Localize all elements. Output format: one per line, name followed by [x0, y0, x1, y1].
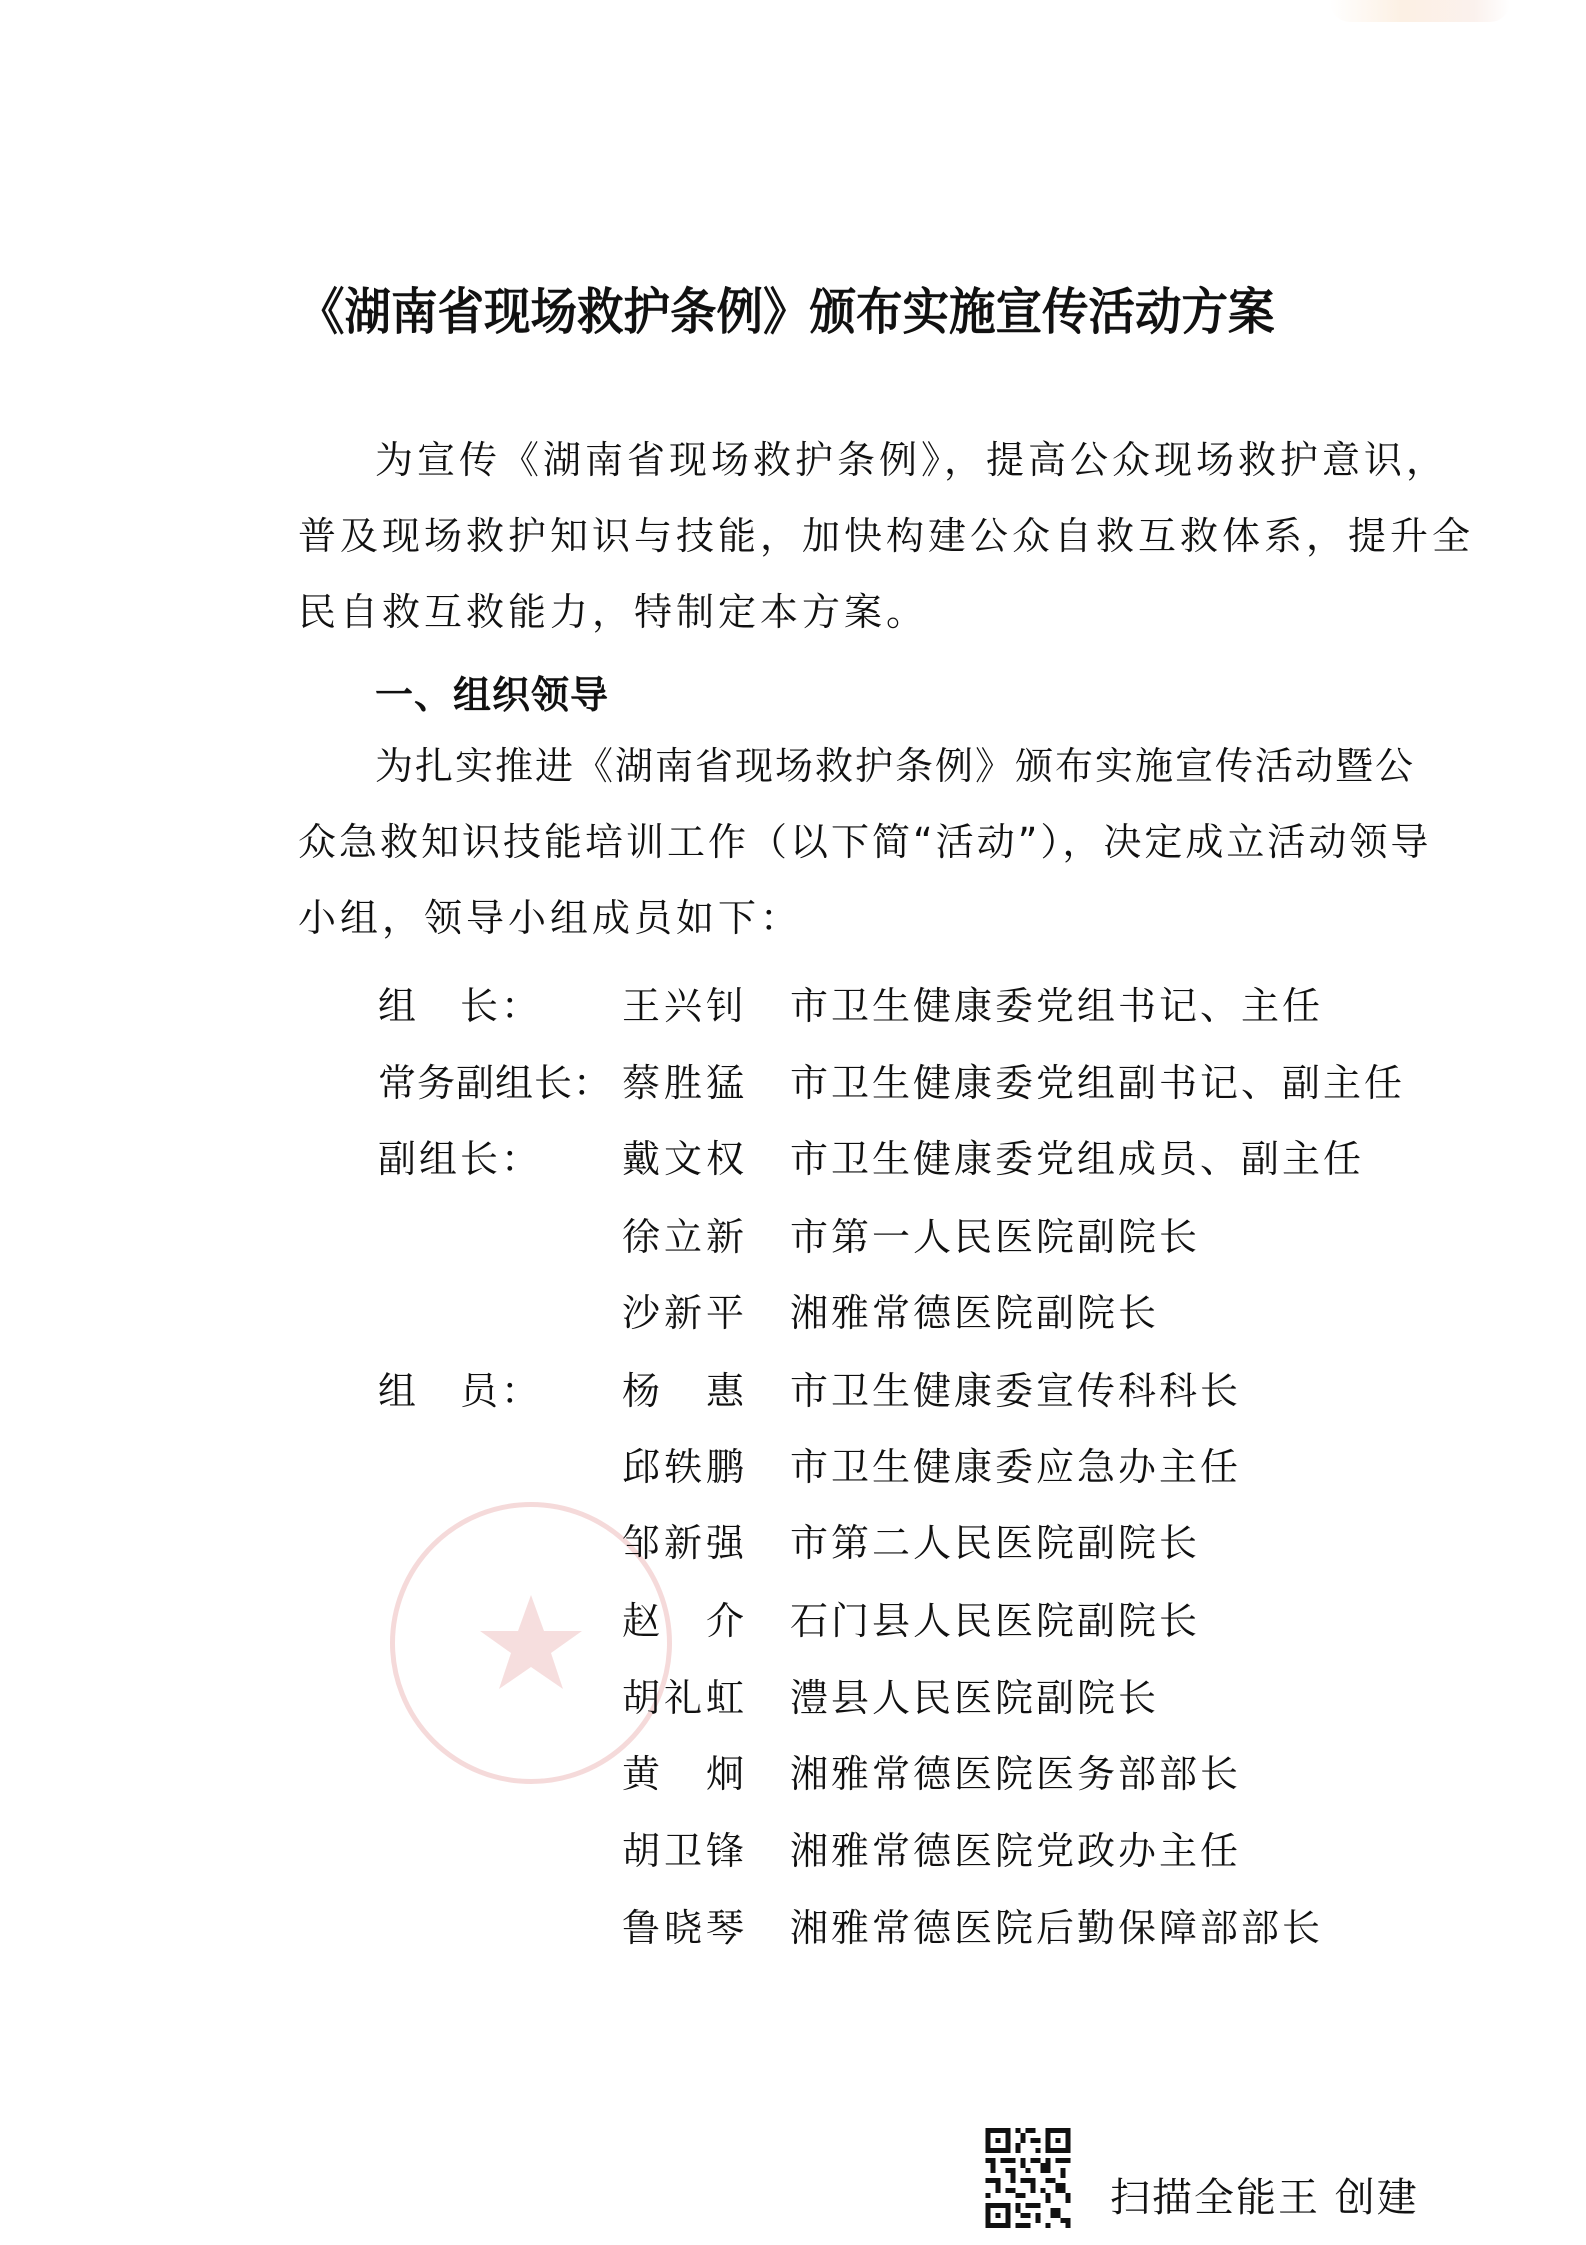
member-name: 沙新平	[622, 1289, 748, 1337]
member-name: 鲁晓琴	[622, 1904, 748, 1952]
member-name: 戴文权	[622, 1135, 748, 1183]
member-position: 市卫生健康委党组书记、主任	[790, 982, 1323, 1030]
roster-row: 副组长： 戴文权 市卫生健康委党组成员、副主任	[0, 1135, 1586, 1183]
section-heading: 一、组织领导	[375, 664, 609, 719]
member-position: 湘雅常德医院副院长	[790, 1289, 1159, 1337]
member-position: 市卫生健康委党组副书记、副主任	[790, 1059, 1405, 1107]
section-line-3: 小组，领导小组成员如下：	[298, 894, 802, 942]
member-position: 市卫生健康委应急办主任	[790, 1443, 1241, 1491]
roster-row: 组 长： 王兴钊 市卫生健康委党组书记、主任	[0, 982, 1586, 1030]
qr-code-icon[interactable]	[985, 2128, 1071, 2228]
member-position: 市卫生健康委宣传科科长	[790, 1367, 1241, 1415]
intro-line-2: 普及现场救护知识与技能，加快构建公众自救互救体系，提升全	[298, 512, 1474, 560]
roster-row: 沙新平 湘雅常德医院副院长	[0, 1289, 1586, 1337]
roster-row: 徐立新 市第一人民医院副院长	[0, 1213, 1586, 1261]
member-name: 杨 惠	[622, 1367, 748, 1415]
intro-line-3: 民自救互救能力，特制定本方案。	[298, 588, 928, 636]
scanner-watermark-text: 扫描全能王 创建	[1110, 2166, 1419, 2223]
roster-row: 赵 介 石门县人民医院副院长	[0, 1597, 1586, 1645]
roster-row: 组 员： 杨 惠 市卫生健康委宣传科科长	[0, 1367, 1586, 1415]
roster-row: 胡卫锋 湘雅常德医院党政办主任	[0, 1827, 1586, 1875]
member-position: 湘雅常德医院后勤保障部部长	[790, 1904, 1323, 1952]
member-position: 湘雅常德医院医务部部长	[790, 1750, 1241, 1798]
role-label: 组 长：	[378, 982, 542, 1030]
document-title: 《湖南省现场救护条例》颁布实施宣传活动方案	[298, 272, 1349, 344]
roster-row: 常务副组长： 蔡胜猛 市卫生健康委党组副书记、副主任	[0, 1059, 1586, 1107]
member-name: 王兴钊	[622, 982, 748, 1030]
roster-row: 邹新强 市第二人民医院副院长	[0, 1519, 1586, 1567]
scan-artifact	[1330, 0, 1510, 22]
member-name: 赵 介	[622, 1597, 748, 1645]
role-label: 组 员：	[378, 1367, 542, 1415]
scanned-document-page: 《湖南省现场救护条例》颁布实施宣传活动方案 为宣传《湖南省现场救护条例》，提高公…	[0, 0, 1586, 2245]
member-position: 市第二人民医院副院长	[790, 1519, 1200, 1567]
member-position: 石门县人民医院副院长	[790, 1597, 1200, 1645]
member-name: 邹新强	[622, 1519, 748, 1567]
role-label: 副组长：	[378, 1135, 542, 1183]
member-name: 蔡胜猛	[622, 1059, 748, 1107]
member-position: 市第一人民医院副院长	[790, 1213, 1200, 1261]
section-line-1: 为扎实推进《湖南省现场救护条例》颁布实施宣传活动暨公	[375, 742, 1415, 790]
member-name: 邱轶鹏	[622, 1443, 748, 1491]
member-position: 市卫生健康委党组成员、副主任	[790, 1135, 1364, 1183]
intro-line-1: 为宣传《湖南省现场救护条例》，提高公众现场救护意识，	[375, 436, 1448, 484]
roster-row: 邱轶鹏 市卫生健康委应急办主任	[0, 1443, 1586, 1491]
member-position: 澧县人民医院副院长	[790, 1674, 1159, 1722]
member-name: 徐立新	[622, 1213, 748, 1261]
roster-row: 鲁晓琴 湘雅常德医院后勤保障部部长	[0, 1904, 1586, 1952]
role-label: 常务副组长：	[378, 1059, 612, 1107]
member-position: 湘雅常德医院党政办主任	[790, 1827, 1241, 1875]
member-name: 胡卫锋	[622, 1827, 748, 1875]
member-name: 黄 炯	[622, 1750, 748, 1798]
roster-row: 黄 炯 湘雅常德医院医务部部长	[0, 1750, 1586, 1798]
roster-row: 胡礼虹 澧县人民医院副院长	[0, 1674, 1586, 1722]
section-line-2: 众急救知识技能培训工作（以下简“活动”），决定成立活动领导	[298, 818, 1431, 866]
member-name: 胡礼虹	[622, 1674, 748, 1722]
